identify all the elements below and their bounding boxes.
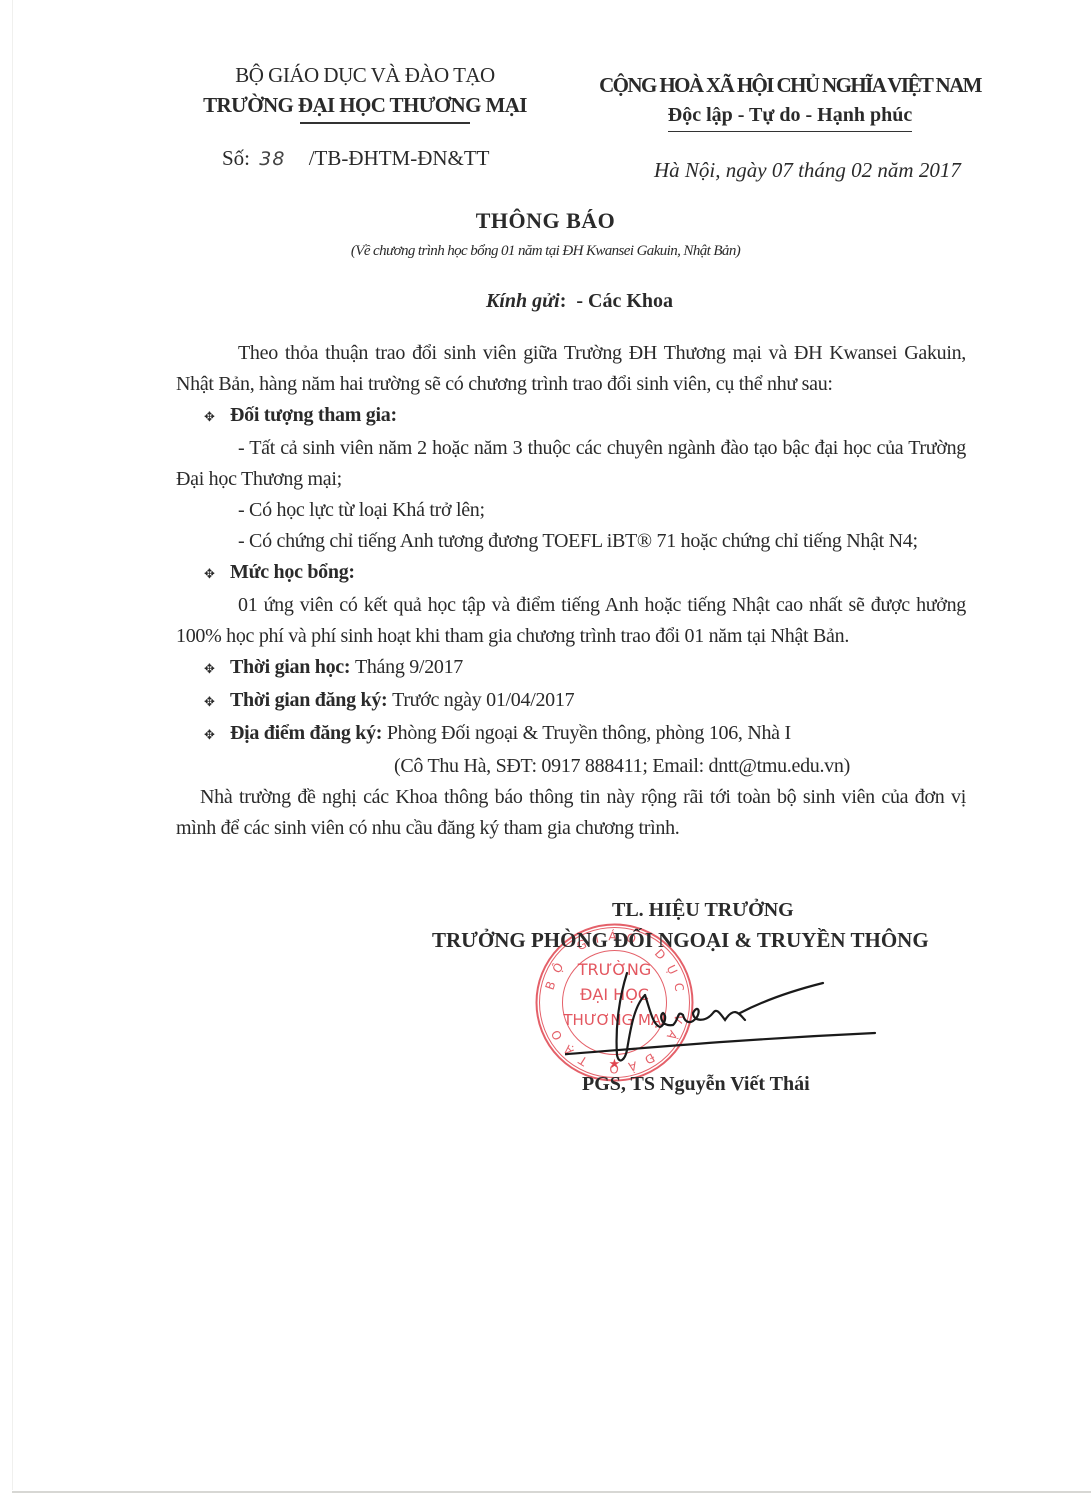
handwritten-signature xyxy=(565,965,905,1075)
country-name: CỘNG HOÀ XÃ HỘI CHỦ NGHĨA VIỆT NAM xyxy=(585,70,995,100)
diamond-bullet-icon: ✥ xyxy=(204,559,230,590)
diamond-bullet-icon: ✥ xyxy=(204,720,230,751)
document-title: THÔNG BÁO xyxy=(0,208,1091,234)
diamond-bullet-icon: ✥ xyxy=(204,654,230,685)
section-registration-place: ✥Địa điểm đăng ký: Phòng Đối ngoại & Tru… xyxy=(176,718,966,751)
doc-number-handwritten: 38 xyxy=(259,148,285,170)
doc-number-label: Số: xyxy=(222,146,250,170)
section-scholarship-heading: ✥Mức học bổng: xyxy=(176,557,966,590)
signer-name: PGS, TS Nguyễn Viết Thái xyxy=(582,1073,810,1096)
doc-number-code: /TB-ĐHTM-ĐN&TT xyxy=(309,146,490,170)
ministry-name: BỘ GIÁO DỤC VÀ ĐÀO TẠO xyxy=(200,60,530,90)
recipient-line: Kính gửi: - Các Khoa xyxy=(486,290,673,313)
diamond-bullet-icon: ✥ xyxy=(204,402,230,433)
date-line: Hà Nội, ngày 07 tháng 02 năm 2017 xyxy=(654,158,961,183)
header-underline xyxy=(300,122,470,124)
study-time-value: Tháng 9/2017 xyxy=(355,656,463,678)
issuer-header: BỘ GIÁO DỤC VÀ ĐÀO TẠO TRƯỜNG ĐẠI HỌC TH… xyxy=(200,60,530,124)
signature-position: TRƯỞNG PHÒNG ĐỐI NGOẠI & TRUYỀN THÔNG xyxy=(432,928,929,953)
registration-place-value: Phòng Đối ngoại & Truyền thông, phòng 10… xyxy=(387,722,791,744)
signature-on-behalf: TL. HIỆU TRƯỞNG xyxy=(612,899,794,922)
eligibility-item: - Tất cả sinh viên năm 2 hoặc năm 3 thuộ… xyxy=(176,433,966,495)
registration-time-value: Trước ngày 01/04/2017 xyxy=(392,689,574,711)
intro-paragraph: Theo thỏa thuận trao đổi sinh viên giữa … xyxy=(176,338,966,400)
document-subtitle: (Về chương trình học bổng 01 năm tại ĐH … xyxy=(0,243,1091,260)
section-registration-time: ✥Thời gian đăng ký: Trước ngày 01/04/201… xyxy=(176,685,966,718)
recipient-label: Kính gửi xyxy=(486,290,560,312)
national-header: CỘNG HOÀ XÃ HỘI CHỦ NGHĨA VIỆT NAM Độc l… xyxy=(585,70,995,132)
school-name: TRƯỜNG ĐẠI HỌC THƯƠNG MẠI xyxy=(200,90,530,120)
section-study-time: ✥Thời gian học: Tháng 9/2017 xyxy=(176,652,966,685)
national-motto: Độc lập - Tự do - Hạnh phúc xyxy=(668,100,912,132)
closing-paragraph: Nhà trường đề nghị các Khoa thông báo th… xyxy=(176,782,966,844)
eligibility-item: - Có học lực từ loại Khá trở lên; xyxy=(176,495,966,526)
document-body: Theo thỏa thuận trao đổi sinh viên giữa … xyxy=(176,338,966,844)
section-eligibility-heading: ✥Đối tượng tham gia: xyxy=(176,400,966,433)
diamond-bullet-icon: ✥ xyxy=(204,687,230,718)
page-edge xyxy=(12,1491,1091,1493)
recipient-value: - Các Khoa xyxy=(576,290,673,312)
scholarship-text: 01 ứng viên có kết quả học tập và điểm t… xyxy=(176,590,966,652)
document-number: Số: 38 /TB-ĐHTM-ĐN&TT xyxy=(222,146,490,171)
contact-info: (Cô Thu Hà, SĐT: 0917 888411; Email: dnt… xyxy=(176,751,966,782)
eligibility-item: - Có chứng chỉ tiếng Anh tương đương TOE… xyxy=(176,526,966,557)
